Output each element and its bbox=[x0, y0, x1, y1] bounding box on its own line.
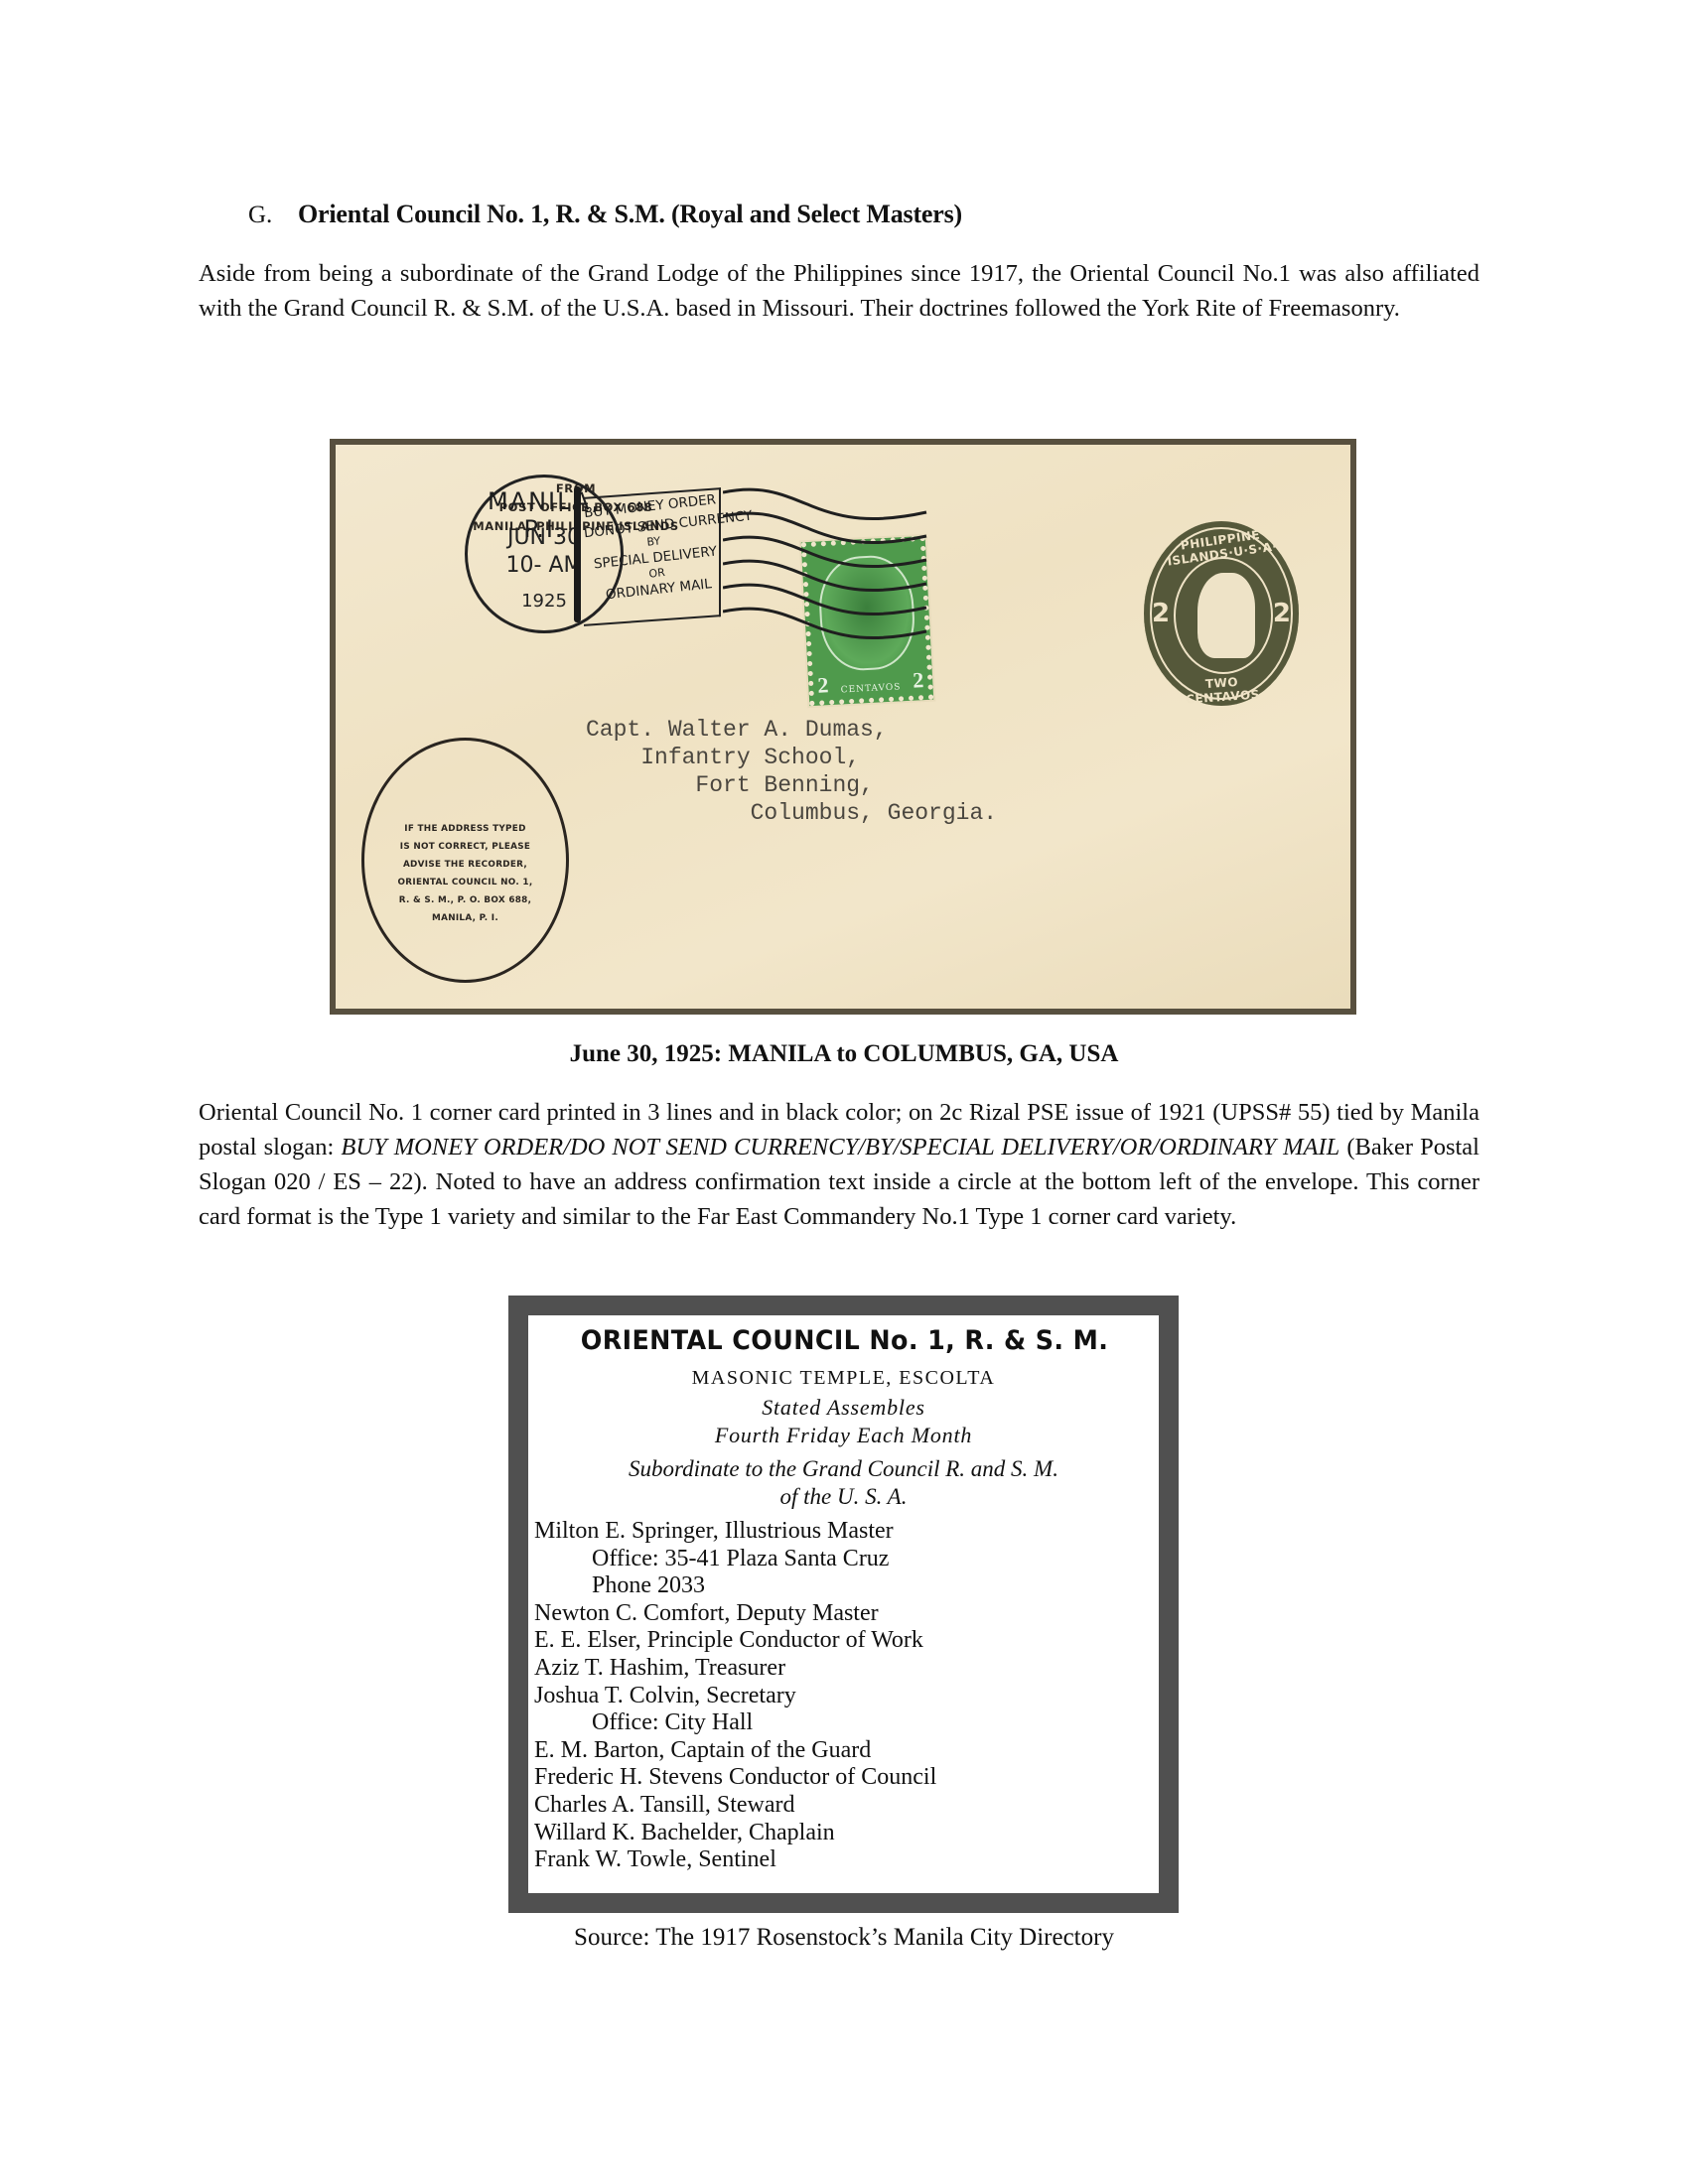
confirmation-line: IF THE ADDRESS TYPED bbox=[364, 820, 566, 838]
stamp-numeral-right: 2 bbox=[913, 667, 924, 694]
directory-meetings-schedule: Fourth Friday Each Month bbox=[528, 1423, 1159, 1448]
directory-address: MASONIC TEMPLE, ESCOLTA bbox=[528, 1367, 1159, 1390]
indicium-bottom-text: TWO CENTAVOS bbox=[1167, 672, 1278, 708]
officer-entry: Frederic H. Stevens Conductor of Council bbox=[534, 1764, 936, 1792]
officer-entry: Frank W. Towle, Sentinel bbox=[534, 1846, 936, 1874]
section-title: Oriental Council No. 1, R. & S.M. (Royal… bbox=[298, 200, 962, 229]
slogan-flagpole bbox=[574, 486, 581, 622]
officer-entry: Charles A. Tansill, Steward bbox=[534, 1792, 936, 1820]
envelope-image: FROM POST OFFICE BOX 688 MANILA, PHILIPP… bbox=[330, 439, 1356, 1015]
officer-entry: Joshua T. Colvin, Secretary bbox=[534, 1683, 936, 1710]
officer-entry: E. M. Barton, Captain of the Guard bbox=[534, 1737, 936, 1765]
section-letter: G. bbox=[248, 202, 272, 229]
confirmation-line: MANILA, P. I. bbox=[364, 909, 566, 927]
wavy-cancel-lines bbox=[723, 484, 931, 643]
officer-entry: Newton C. Comfort, Deputy Master bbox=[534, 1600, 936, 1628]
indicium-numeral-left: 2 bbox=[1152, 599, 1170, 628]
officer-entry: Milton E. Springer, Illustrious Master bbox=[534, 1518, 936, 1546]
slogan-cancel: BUY MONEY ORDER DONOT SEND CURRENCY BY S… bbox=[581, 489, 728, 607]
officer-entry: Aziz T. Hashim, Treasurer bbox=[534, 1655, 936, 1683]
officer-entry: Office: 35-41 Plaza Santa Cruz bbox=[534, 1546, 936, 1573]
officer-entry: Willard K. Bachelder, Chaplain bbox=[534, 1820, 936, 1847]
confirmation-line: R. & S. M., P. O. BOX 688, bbox=[364, 891, 566, 909]
slogan-italic-text: BUY MONEY ORDER/DO NOT SEND CURRENCY/BY/… bbox=[341, 1134, 1339, 1160]
directory-meetings: Stated Assembles bbox=[528, 1395, 1159, 1421]
intro-paragraph: Aside from being a subordinate of the Gr… bbox=[199, 256, 1479, 326]
portrait-bust-icon bbox=[1197, 573, 1255, 658]
directory-affiliation: Subordinate to the Grand Council R. and … bbox=[528, 1456, 1159, 1482]
directory-affiliation-cont: of the U. S. A. bbox=[528, 1484, 1159, 1510]
address-line: Columbus, Georgia. bbox=[586, 799, 997, 827]
officer-entry: Phone 2033 bbox=[534, 1572, 936, 1600]
embossed-indicium: PHILIPPINE ISLANDS·U·S·A· 2 2 TWO CENTAV… bbox=[1144, 521, 1299, 706]
address-confirmation-circle: IF THE ADDRESS TYPED IS NOT CORRECT, PLE… bbox=[361, 738, 569, 983]
directory-clipping: ORIENTAL COUNCIL No. 1, R. & S. M. MASON… bbox=[508, 1296, 1179, 1913]
officer-entry: Office: City Hall bbox=[534, 1709, 936, 1737]
indicium-numeral-right: 2 bbox=[1273, 599, 1291, 628]
directory-title: ORIENTAL COUNCIL No. 1, R. & S. M. bbox=[553, 1325, 1137, 1356]
envelope-caption: June 30, 1925: MANILA to COLUMBUS, GA, U… bbox=[0, 1040, 1688, 1068]
stamp-value-text: CENTAVOS bbox=[813, 681, 927, 697]
confirmation-line: ORIENTAL COUNCIL NO. 1, bbox=[364, 874, 566, 891]
officer-list: Milton E. Springer, Illustrious MasterOf… bbox=[534, 1518, 936, 1874]
confirmation-line: ADVISE THE RECORDER, bbox=[364, 856, 566, 874]
source-caption: Source: The 1917 Rosenstock’s Manila Cit… bbox=[0, 1924, 1688, 1952]
officer-entry: E. E. Elser, Principle Conductor of Work bbox=[534, 1627, 936, 1655]
address-line: Infantry School, bbox=[586, 744, 997, 771]
indicium-medallion bbox=[1174, 557, 1273, 674]
address-line: Fort Benning, bbox=[586, 771, 997, 799]
description-paragraph: Oriental Council No. 1 corner card print… bbox=[199, 1095, 1479, 1234]
address-line: Capt. Walter A. Dumas, bbox=[586, 716, 997, 744]
confirmation-line: IS NOT CORRECT, PLEASE bbox=[364, 838, 566, 856]
recipient-address: Capt. Walter A. Dumas, Infantry School, … bbox=[586, 716, 997, 827]
